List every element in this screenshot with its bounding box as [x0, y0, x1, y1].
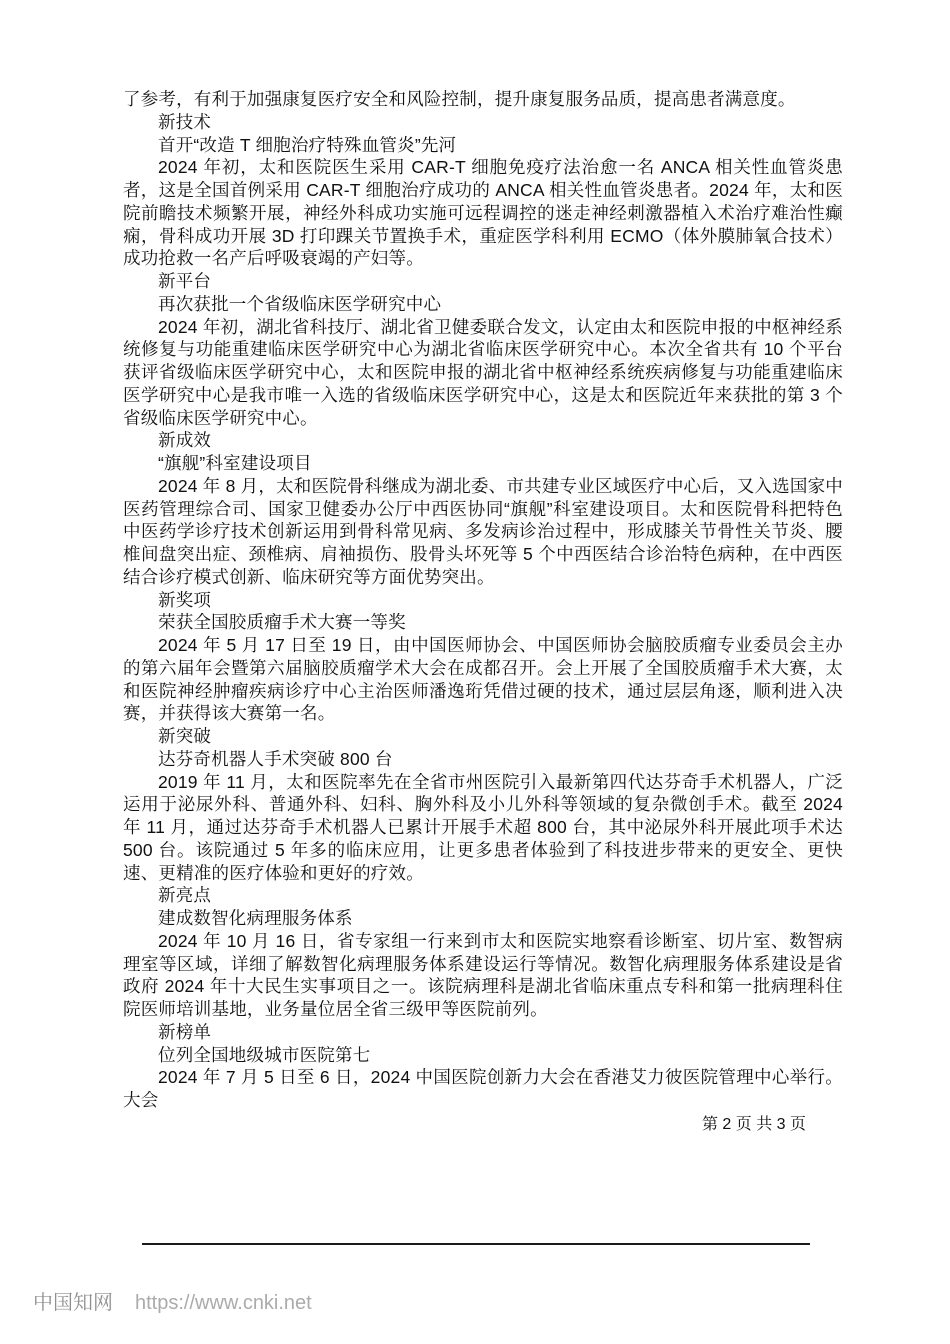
page-number: 第 2 页 共 3 页	[702, 1114, 806, 1136]
paragraph: 2024 年 8 月，太和医院骨科继成为湖北委、市共建专业区域医疗中心后，又入选…	[123, 475, 843, 589]
paragraph: 2024 年 10 月 16 日，省专家组一行来到市太和医院实地察看诊断室、切片…	[123, 930, 843, 1021]
paragraph: 建成数智化病理服务体系	[123, 907, 843, 930]
paragraph: 达芬奇机器人手术突破 800 台	[123, 748, 843, 771]
paragraph: 了参考，有利于加强康复医疗安全和风险控制，提升康复服务品质，提高患者满意度。	[123, 88, 843, 111]
paragraph: 新平台	[123, 270, 843, 293]
paragraph: 新技术	[123, 111, 843, 134]
paragraph: 2019 年 11 月，太和医院率先在全省市州医院引入最新第四代达芬奇手术机器人…	[123, 771, 843, 885]
paragraph: 2024 年 5 月 17 日至 19 日，由中国医师协会、中国医师协会脑胶质瘤…	[123, 634, 843, 725]
paragraph: 2024 年 7 月 5 日至 6 日，2024 中国医院创新力大会在香港艾力彼…	[123, 1066, 843, 1112]
paragraph: 位列全国地级城市医院第七	[123, 1044, 843, 1067]
paragraph: “旗舰”科室建设项目	[123, 452, 843, 475]
document-body: 了参考，有利于加强康复医疗安全和风险控制，提升康复服务品质，提高患者满意度。新技…	[123, 88, 843, 1112]
paragraph: 2024 年初，湖北省科技厅、湖北省卫健委联合发文，认定由太和医院申报的中枢神经…	[123, 316, 843, 430]
paragraph: 新亮点	[123, 884, 843, 907]
cnki-url: https://www.cnki.net	[135, 1292, 312, 1314]
document-page: 了参考，有利于加强康复医疗安全和风险控制，提升康复服务品质，提高患者满意度。新技…	[0, 0, 950, 1344]
paragraph: 2024 年初，太和医院医生采用 CAR-T 细胞免疫疗法治愈一名 ANCA 相…	[123, 156, 843, 270]
paragraph: 新榜单	[123, 1021, 843, 1044]
cnki-logo-text: 中国知网	[33, 1292, 113, 1314]
watermark: 中国知网https://www.cnki.net	[33, 1291, 312, 1315]
paragraph: 新成效	[123, 429, 843, 452]
footer-divider	[142, 1243, 810, 1245]
paragraph: 首开“改造 T 细胞治疗特殊血管炎”先河	[123, 134, 843, 157]
paragraph: 新突破	[123, 725, 843, 748]
paragraph: 荣获全国胶质瘤手术大赛一等奖	[123, 611, 843, 634]
paragraph: 再次获批一个省级临床医学研究中心	[123, 293, 843, 316]
paragraph: 新奖项	[123, 589, 843, 612]
